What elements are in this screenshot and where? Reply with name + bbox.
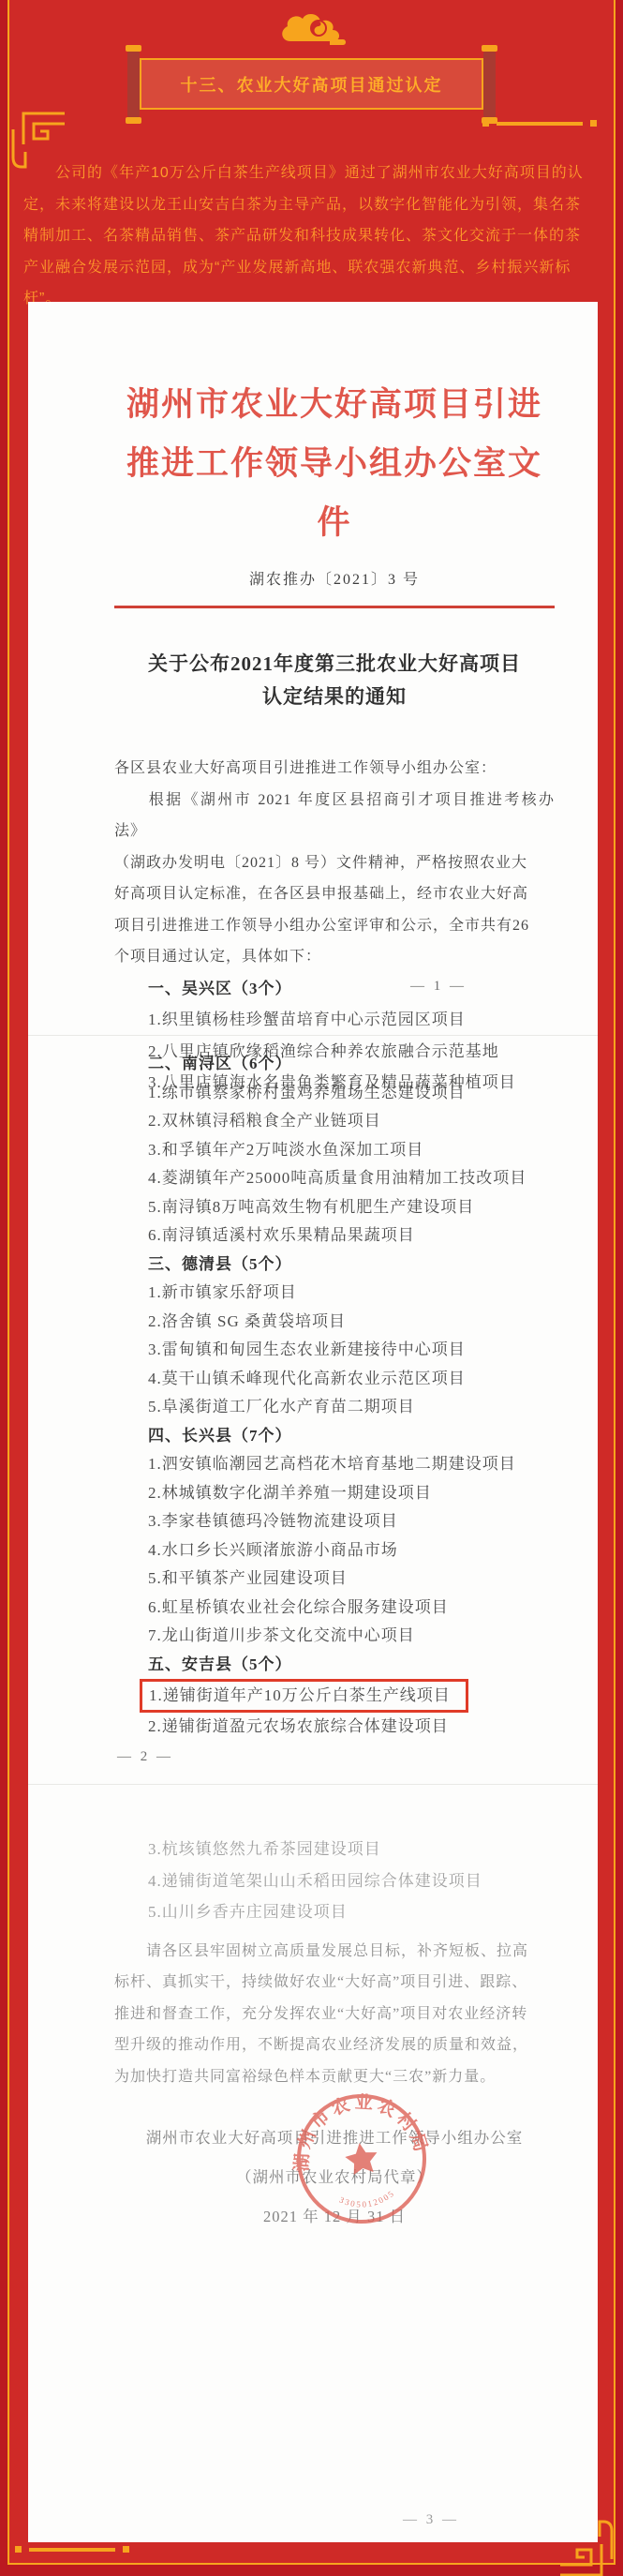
doc-opening-paragraph: 各区县农业大好高项目引进推进工作领导小组办公室： 根据《湖州市 2021 年度区… [114, 753, 555, 973]
list-item: 2.递铺街道盈元农场农旅综合体建设项目 [114, 1713, 555, 1742]
list-item: 1.新市镇家乐舒项目 [114, 1279, 555, 1308]
section-banner: 十三、农业大好高项目通过认定 [0, 9, 623, 114]
highlight-box: 1.递铺街道年产10万公斤白茶生产线项目 [140, 1679, 468, 1713]
doc-page-2: 二、南浔区（6个） 1.练市镇蔡家桥村蛋鸡养殖场生态建设项目2.双林镇浔稻粮食全… [114, 1050, 555, 1742]
section-heading: 五、安吉县（5个） [114, 1651, 555, 1680]
closing-paragraph: 请各区县牢固树立高质量发展总目标，补齐短板、拉高 标杆、真抓实干，持续做好农业“… [114, 1936, 555, 2093]
list-item: 6.南浔镇适溪村欢乐果精品果蔬项目 [114, 1221, 555, 1251]
section-nanxun: 二、南浔区（6个） 1.练市镇蔡家桥村蛋鸡养殖场生态建设项目2.双林镇浔稻粮食全… [114, 1050, 555, 1251]
list-item: 4.菱湖镇年产25000吨高质量食用油精加工技改项目 [114, 1164, 555, 1193]
list-item: 5.阜溪街道工厂化水产育苗二期项目 [114, 1393, 555, 1422]
list-item: 5.和平镇茶产业园建设项目 [114, 1565, 555, 1594]
list-item: 2.林城镇数字化湖羊养殖一期建设项目 [114, 1479, 555, 1508]
doc-title: 关于公布2021年度第三批农业大好高项目 认定结果的通知 [114, 648, 555, 713]
list-item: 4.递铺街道笔架山山禾稻田园综合体建设项目 [114, 1865, 555, 1897]
list-item: 1.泗安镇临潮园艺高档花木培育基地二期建设项目 [114, 1450, 555, 1479]
scroll-rod-right [483, 51, 496, 118]
project-list: 1.练市镇蔡家桥村蛋鸡养殖场生态建设项目2.双林镇浔稻粮食全产业链项目3.和孚镇… [114, 1079, 555, 1251]
page-number-2: — 2 — [117, 1749, 173, 1765]
list-item: 5.山川乡香卉庄园建设项目 [114, 1896, 555, 1928]
list-item: 2.双林镇浔稻粮食全产业链项目 [114, 1107, 555, 1136]
stamp-code: 3305012005 [337, 2187, 398, 2212]
dash-square [123, 2546, 129, 2553]
project-list: 1.泗安镇临潮园艺高档花木培育基地二期建设项目2.林城镇数字化湖羊养殖一期建设项… [114, 1450, 555, 1651]
section-title: 十三、农业大好高项目通过认定 [181, 72, 443, 97]
list-item: 6.虹星桥镇农业社会化综合服务建设项目 [114, 1594, 555, 1623]
page-separator [28, 1035, 598, 1036]
list-item: 1.织里镇杨桂珍蟹苗培育中心示范园区项目 [114, 1004, 555, 1036]
dash-square [590, 120, 597, 127]
stamp-star-icon [344, 2141, 380, 2176]
section-deqing: 三、德清县（5个） 1.新市镇家乐舒项目2.洛舍镇 SG 桑黄袋培项目3.雷甸镇… [114, 1251, 555, 1422]
list-item: 2.洛舍镇 SG 桑黄袋培项目 [114, 1308, 555, 1337]
svg-text:3305012005: 3305012005 [337, 2187, 398, 2212]
list-item: 1.练市镇蔡家桥村蛋鸡养殖场生态建设项目 [114, 1079, 555, 1108]
page-number-1: — 1 — [410, 979, 467, 995]
dash-ornament-bottom-left [15, 2546, 129, 2553]
section-changxing: 四、长兴县（7个） 1.泗安镇临潮园艺高档花木培育基地二期建设项目2.林城镇数字… [114, 1422, 555, 1651]
section-heading: 二、南浔区（6个） [114, 1050, 555, 1079]
section-heading: 一、吴兴区（3个） [114, 973, 555, 1005]
doc-page-1: 湖州市农业大好高项目引进 推进工作领导小组办公室文件 湖农推办〔2021〕3 号… [114, 302, 555, 1099]
section-heading: 四、长兴县（7个） [114, 1422, 555, 1451]
dash-square [15, 2546, 22, 2553]
dash-line [497, 122, 583, 126]
list-item: 4.莫干山镇禾峰现代化高新农业示范区项目 [114, 1365, 555, 1394]
doc-number: 湖农推办〔2021〕3 号 [114, 567, 555, 589]
official-document: 湖州市农业大好高项目引进 推进工作领导小组办公室文件 湖农推办〔2021〕3 号… [28, 302, 598, 2542]
list-item: 7.龙山街道川步茶文化交流中心项目 [114, 1622, 555, 1651]
cloud-icon [277, 11, 347, 49]
project-list: 1.新市镇家乐舒项目2.洛舍镇 SG 桑黄袋培项目3.雷甸镇和甸园生态农业新建接… [114, 1279, 555, 1422]
list-item: 3.和孚镇年产2万吨淡水鱼深加工项目 [114, 1136, 555, 1165]
dash-line [29, 2548, 115, 2552]
scroll-rod-left [127, 51, 140, 118]
section-heading: 三、德清县（5个） [114, 1251, 555, 1280]
list-item: 3.雷甸镇和甸园生态农业新建接待中心项目 [114, 1336, 555, 1365]
dash-ornament-top-right [482, 120, 597, 127]
intro-paragraph: 公司的《年产10万公斤白茶生产线项目》通过了湖州市农业大好高项目的认 定，未来将… [0, 157, 623, 315]
highlighted-project-row: 1.递铺街道年产10万公斤白茶生产线项目 [114, 1679, 555, 1713]
red-rule [114, 606, 555, 608]
section-anji: 五、安吉县（5个） 1.递铺街道年产10万公斤白茶生产线项目 2.递铺街道盈元农… [114, 1651, 555, 1742]
list-item: 3.杭垓镇悠然九希茶园建设项目 [114, 1834, 555, 1865]
official-stamp: 湖州市农业农村局 3305012005 [291, 2089, 432, 2229]
banner-plate: 十三、农业大好高项目通过认定 [140, 58, 483, 110]
list-item: 5.南浔镇8万吨高效生物有机肥生产建设项目 [114, 1193, 555, 1222]
page-separator [28, 1784, 598, 1785]
list-item: 4.水口乡长兴顾渚旅游小商品市场 [114, 1536, 555, 1565]
list-item: 3.李家巷镇德玛冷链物流建设项目 [114, 1507, 555, 1536]
doc-header: 湖州市农业大好高项目引进 推进工作领导小组办公室文件 [114, 375, 555, 552]
article-page: 十三、农业大好高项目通过认定 公司的《年产10万公斤白茶生产线项目》通过了湖州市… [0, 0, 623, 2576]
page-number-3: — 3 — [403, 2512, 459, 2528]
